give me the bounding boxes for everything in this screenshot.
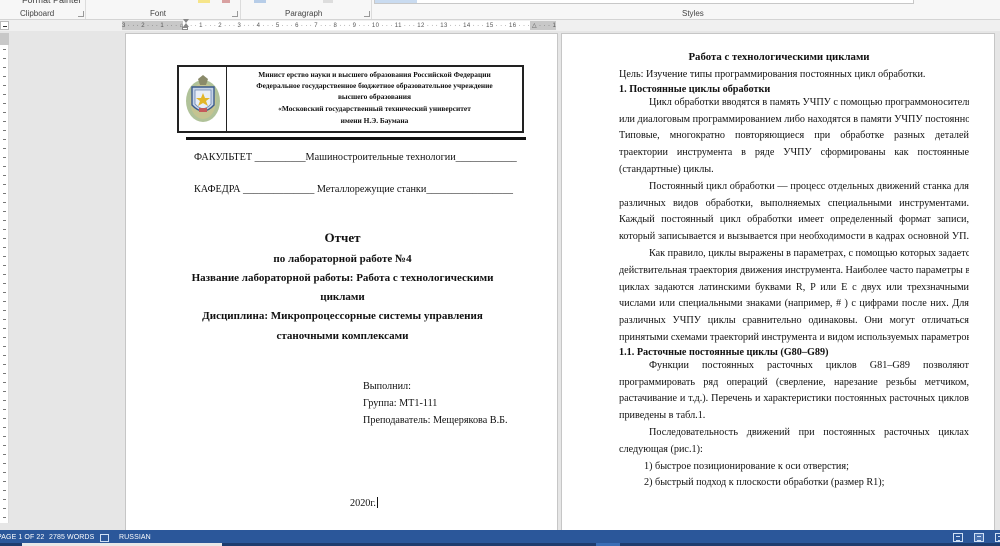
paragraph-line: (стандартные) циклы. <box>619 162 969 179</box>
ruler-tick <box>3 265 6 266</box>
borders-swatch[interactable] <box>323 0 333 3</box>
paragraph-launcher-icon[interactable] <box>364 11 370 17</box>
ruler-tick <box>3 382 6 383</box>
ruler-tick <box>3 454 6 455</box>
document-page-2[interactable]: Работа с технологическими циклами Цель: … <box>561 33 995 533</box>
page-count-status[interactable]: PAGE 1 OF 22 <box>0 534 44 541</box>
university-header-table: Минист ерство науки и высшего образовани… <box>177 65 524 133</box>
word-count-status[interactable]: 2785 WORDS <box>49 534 94 541</box>
paragraph-line: принятыми схемами траекторий инструмента… <box>619 330 969 347</box>
left-indent-icon[interactable] <box>182 27 188 30</box>
ruler-tick <box>3 220 6 221</box>
print-layout-button[interactable] <box>974 533 984 542</box>
header-line: высшего образования <box>227 91 522 103</box>
ruler-tick <box>3 166 6 167</box>
ruler-tick <box>3 283 6 284</box>
ruler-tick <box>3 472 6 473</box>
clipboard-launcher-icon[interactable] <box>78 11 84 17</box>
paragraph-line: растачивание и т.д.). Перечень и характе… <box>619 391 969 408</box>
group-line: Группа: МТ1-111 <box>363 398 437 409</box>
ruler-tick <box>3 49 6 50</box>
ruler-tick <box>3 409 6 410</box>
read-mode-button[interactable] <box>953 533 963 542</box>
styles-gallery[interactable] <box>374 0 914 4</box>
paragraph-line: различных видов обработки, выполняемых с… <box>619 196 969 213</box>
paragraph-line: 1. Постоянные циклы обработки <box>619 84 969 95</box>
ruler-tick <box>3 175 6 176</box>
year-line: 2020г. <box>350 497 378 509</box>
ruler-tick <box>3 292 6 293</box>
ruler-tick <box>3 337 6 338</box>
ruler-tick <box>3 427 6 428</box>
paragraph-line: Цель: Изучение типы программирования пос… <box>619 67 969 84</box>
ruler-tick <box>3 499 6 500</box>
ruler-tick <box>3 85 6 86</box>
page2-title: Работа с технологическими циклами <box>562 51 996 63</box>
ruler-tick <box>3 319 6 320</box>
group-label-styles: Styles <box>682 9 704 18</box>
ruler-tick <box>3 247 6 248</box>
ruler-tick <box>3 274 6 275</box>
highlight-color-swatch[interactable] <box>198 0 210 3</box>
header-text: Минист ерство науки и высшего образовани… <box>227 67 522 131</box>
font-color-swatch[interactable] <box>222 0 230 3</box>
ruler-tick <box>3 355 6 356</box>
report-title: Отчет <box>126 230 559 246</box>
header-line: «Московский государственный технический … <box>227 103 522 115</box>
vertical-ruler[interactable] <box>0 33 9 523</box>
ruler-tick <box>3 301 6 302</box>
group-label-font: Font <box>150 9 166 18</box>
ruler-tick <box>3 328 6 329</box>
paragraph-line: 1) быстрое позиционирование к оси отверс… <box>619 459 969 476</box>
ribbon: Format Painter Clipboard Font Paragraph … <box>0 0 1000 20</box>
ruler-tick <box>3 184 6 185</box>
paragraph-line: Постоянный цикл обработки — процесс отде… <box>619 179 969 196</box>
paragraph-line: Функции постоянных расточных циклов G81–… <box>619 358 969 375</box>
year-text: 2020г. <box>350 498 376 509</box>
styles-gallery-selected[interactable] <box>375 0 417 3</box>
ruler-tick <box>3 418 6 419</box>
ruler-tick <box>3 490 6 491</box>
paragraph-line: числами или специальными знаками (наприм… <box>619 296 969 313</box>
ruler-tick <box>3 256 6 257</box>
ruler-tick <box>3 436 6 437</box>
paragraph-line: Каждый постоянный цикл обработки имеет о… <box>619 212 969 229</box>
group-label-paragraph: Paragraph <box>285 9 322 18</box>
ruler-tick <box>3 346 6 347</box>
teacher-line: Преподаватель: Мещерякова В.Б. <box>363 415 508 426</box>
ruler-tick <box>3 445 6 446</box>
paragraph-line: 2) быстрый подход к плоскости обработки … <box>619 475 969 492</box>
paragraph-line: действительная траектория движения инстр… <box>619 263 969 280</box>
paragraph-line: траектории инструмента в ряде УЧПУ сформ… <box>619 145 969 162</box>
ruler-tick <box>3 391 6 392</box>
paragraph-line: следующая (рис.1): <box>619 442 969 459</box>
web-layout-button[interactable] <box>995 533 1000 542</box>
discipline-line-2: станочными комплексами <box>126 330 559 342</box>
ruler-tick <box>3 310 6 311</box>
ruler-tick <box>3 481 6 482</box>
ruler-tick <box>3 373 6 374</box>
ruler-tick <box>3 229 6 230</box>
paragraph-line: программировать ряд операций (сверление,… <box>619 375 969 392</box>
ruler-tick <box>3 157 6 158</box>
faculty-line: ФАКУЛЬТЕТ __________Машиностроительные т… <box>194 152 517 163</box>
font-launcher-icon[interactable] <box>232 11 238 17</box>
paragraph-line: 1.1. Расточные постоянные циклы (G80–G89… <box>619 347 969 358</box>
ruler-tick <box>3 121 6 122</box>
ruler-tick <box>3 508 6 509</box>
ruler-tick <box>3 58 6 59</box>
paragraph-line: Типовые, многократно повторяющиеся при о… <box>619 128 969 145</box>
shading-swatch[interactable] <box>254 0 266 3</box>
paragraph-line: Последовательность движений при постоянн… <box>619 425 969 442</box>
report-subtitle: по лабораторной работе №4 <box>126 253 559 265</box>
ruler-tick <box>3 94 6 95</box>
tab-selector-button[interactable] <box>0 21 9 30</box>
language-status[interactable]: RUSSIAN <box>119 534 151 541</box>
ribbon-separator <box>240 0 241 19</box>
ruler-tick <box>3 400 6 401</box>
ruler-tick <box>3 67 6 68</box>
paragraph-line: различных УЧПУ циклы сравнительно одинак… <box>619 313 969 330</box>
ruler-tick <box>3 130 6 131</box>
ruler-tick <box>3 193 6 194</box>
ribbon-separator <box>85 0 86 19</box>
header-divider-line <box>186 137 526 140</box>
paragraph-line: Как правило, циклы выражены в параметрах… <box>619 246 969 263</box>
ribbon-separator <box>371 0 372 19</box>
header-line: имени Н.Э. Баумана <box>227 115 522 127</box>
lab-name-line-1: Название лабораторной работы: Работа с т… <box>126 272 559 284</box>
ruler-tick <box>3 517 6 518</box>
ruler-tick <box>3 112 6 113</box>
format-painter-button[interactable]: Format Painter <box>22 0 82 5</box>
department-line: КАФЕДРА ______________ Металлорежущие ст… <box>194 184 513 195</box>
paragraph-line: который записывается и вызывается при не… <box>619 229 969 246</box>
ruler-tick <box>3 139 6 140</box>
ruler-tick <box>3 76 6 77</box>
discipline-line-1: Дисциплина: Микропроцессорные системы уп… <box>126 310 559 322</box>
ruler-tick <box>3 202 6 203</box>
header-line: Минист ерство науки и высшего образовани… <box>227 69 522 81</box>
document-page-1[interactable]: Минист ерство науки и высшего образовани… <box>125 33 558 533</box>
ruler-tick <box>3 238 6 239</box>
horizontal-ruler-row: 3 · · · 2 · · · 1 · · · ⌂ · · · 1 · · · … <box>0 20 1000 31</box>
paragraph-line: циклах задаются латинскими буквами R, P … <box>619 280 969 297</box>
ruler-tick <box>3 463 6 464</box>
paragraph-line: приведены в табл.1. <box>619 408 969 425</box>
proofing-icon[interactable] <box>100 534 109 542</box>
header-line: Федеральное государственное бюджетное об… <box>227 81 522 91</box>
ruler-tick <box>3 211 6 212</box>
lab-name-line-2: циклами <box>126 291 559 303</box>
vertical-ruler-top-margin <box>0 33 9 45</box>
paragraph-line: или диалоговым программированием либо на… <box>619 112 969 129</box>
performed-by-label: Выполнил: <box>363 381 411 392</box>
ruler-tick <box>3 364 6 365</box>
ruler-tick <box>3 103 6 104</box>
ruler-tick <box>3 148 6 149</box>
logo-cell <box>179 67 227 131</box>
university-emblem-icon <box>184 73 222 125</box>
document-workspace[interactable]: Минист ерство науки и высшего образовани… <box>10 31 1000 530</box>
page2-body: Цель: Изучение типы программирования пос… <box>619 67 969 492</box>
paragraph-line: Цикл обработки вводятся в память УЧПУ с … <box>619 95 969 112</box>
group-label-clipboard: Clipboard <box>20 9 54 18</box>
text-cursor <box>377 497 378 508</box>
